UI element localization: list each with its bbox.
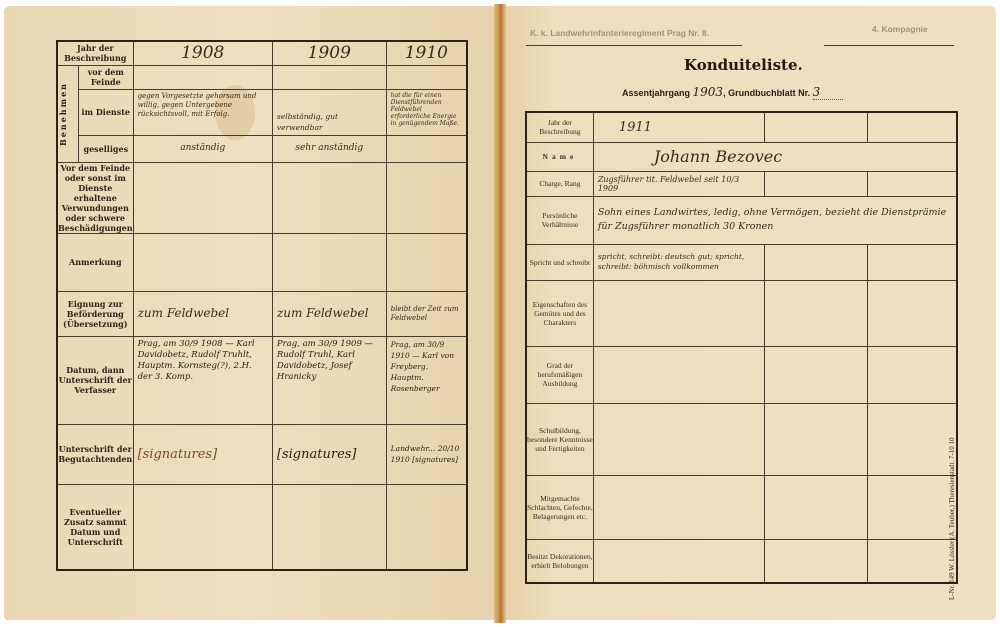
cell — [386, 65, 467, 89]
cell — [272, 162, 386, 233]
left-conduct-table: Jahr der Beschreibung 1908 1909 1910 Ben… — [56, 40, 468, 571]
cell — [593, 346, 764, 403]
row-label-anmerkung: Anmerkung — [57, 233, 133, 291]
cell: zum Feldwebel — [272, 291, 386, 336]
year-1908: 1908 — [133, 41, 272, 65]
empty-cell — [765, 280, 868, 346]
cell: anständig — [133, 135, 272, 162]
cell — [593, 280, 764, 346]
book-spine — [494, 4, 506, 623]
year-header-label: Jahr der Beschreibung — [57, 41, 133, 65]
row-label-im-dienste: im Dienste — [79, 89, 134, 135]
row-label-schlachten: Mitgemachte Schlachten, Gefechte, Belage… — [526, 475, 593, 539]
assentjahrgang-label: Assentjahrgang — [622, 88, 690, 98]
empty-cell — [868, 280, 957, 346]
document-title: Konduiteliste. — [684, 56, 803, 74]
cell: Prag, am 30/9 1908 — Karl Davidobetz, Ru… — [133, 336, 272, 424]
row-label-ausbildung: Grad der berufsmäßigen Ausbildung — [526, 346, 593, 403]
row-label-name: Name — [526, 142, 593, 171]
cell: bleibt der Zeit zum Feldwebel — [386, 291, 467, 336]
year-1911: 1911 — [593, 112, 764, 142]
benehmen-label: Benehmen — [58, 82, 68, 146]
year-1909: 1909 — [272, 41, 386, 65]
row-label-geselliges: geselliges — [79, 135, 134, 162]
cell — [386, 233, 467, 291]
empty-cell — [765, 403, 868, 475]
row-label-dekorationen: Besitzt Dekorationen, erhielt Belobungen — [526, 539, 593, 583]
row-label-vor-dem-feinde: vor dem Feinde — [79, 65, 134, 89]
row-label-eignung: Eignung zur Beförderung (Übersetzung) — [57, 291, 133, 336]
cell — [272, 484, 386, 570]
cell — [133, 162, 272, 233]
stamp-underline-left — [526, 45, 742, 46]
empty-cell — [868, 475, 957, 539]
cell: hat die für einen Dienstführenden Feldwe… — [386, 89, 467, 135]
cell — [133, 484, 272, 570]
cell: selbständig, gut verwendbar — [272, 89, 386, 135]
cell: Landwehr... 20/10 1910 [signatures] — [386, 424, 467, 484]
printer-imprint: L-Nr. 149 W. Lössler (A. Teuber,) Theres… — [948, 400, 956, 600]
row-label-jahr: Jahr der Beschreibung — [526, 112, 593, 142]
row-label-verwundungen: Vor dem Feinde oder sonst im Dienste erh… — [57, 162, 133, 233]
cell — [593, 475, 764, 539]
cell: zum Feldwebel — [133, 291, 272, 336]
empty-cell — [765, 539, 868, 583]
cell: [signatures] — [133, 424, 272, 484]
empty-cell — [868, 539, 957, 583]
empty-cell — [765, 475, 868, 539]
cell — [386, 162, 467, 233]
cell: gegen Vorgesetzte gehorsam und willig, g… — [133, 89, 272, 135]
assentjahrgang-value: 1903 — [693, 85, 724, 99]
languages-value: spricht, schreibt: deutsch gut; spricht,… — [593, 244, 764, 280]
right-conduct-table: Jahr der Beschreibung 1911 Name Johann B… — [525, 111, 958, 584]
cell — [386, 484, 467, 570]
row-label-begutachtenden: Unterschrift der Begutachtenden — [57, 424, 133, 484]
empty-cell — [868, 346, 957, 403]
empty-cell — [765, 244, 868, 280]
cell — [386, 135, 467, 162]
row-label-zusatz: Eventueller Zusatz sammt Datum und Unter… — [57, 484, 133, 570]
empty-cell — [765, 346, 868, 403]
stamp-underline-right — [824, 45, 954, 46]
row-label-verhaeltnisse: Persönliche Verhältnisse — [526, 196, 593, 244]
cell: sehr anständig — [272, 135, 386, 162]
row-label-charge: Charge, Rang — [526, 171, 593, 196]
company-stamp: 4. Kompagnie — [872, 24, 928, 34]
cell — [133, 233, 272, 291]
row-label-datum-verfasser: Datum, dann Unterschrift der Verfasser — [57, 336, 133, 424]
personal-circumstances-value: Sohn eines Landwirtes, ledig, ohne Vermö… — [593, 196, 957, 244]
empty-cell — [868, 403, 957, 475]
regiment-stamp: K. k. Landwehrinfanterieregiment Prag Nr… — [530, 28, 709, 38]
empty-cell — [868, 244, 957, 280]
cell — [272, 233, 386, 291]
charge-value: Zugsführer tit. Feldwebel seit 10/3 1909 — [593, 171, 764, 196]
cell — [133, 65, 272, 89]
cell: Prag, am 30/9 1909 — Rudolf Truhl, Karl … — [272, 336, 386, 424]
cell — [593, 539, 764, 583]
cell — [593, 403, 764, 475]
empty-cell — [868, 171, 957, 196]
soldier-name: Johann Bezovec — [593, 142, 957, 171]
assentjahrgang-line: Assentjahrgang 1903, Grundbuchblatt Nr. … — [622, 85, 843, 100]
empty-cell — [765, 171, 868, 196]
row-label-sprachen: Spricht und schreibt — [526, 244, 593, 280]
cell — [272, 65, 386, 89]
benehmen-group: Benehmen — [57, 65, 79, 162]
cell: [signatures] — [272, 424, 386, 484]
empty-cell — [868, 112, 957, 142]
empty-cell — [765, 112, 868, 142]
row-label-schulbildung: Schulbildung, besondere Kenntnisse und F… — [526, 403, 593, 475]
grundbuchblatt-value: 3 — [813, 85, 843, 100]
grundbuchblatt-label: Grundbuchblatt Nr. — [728, 88, 810, 98]
row-label-charakter: Eigenschaften des Gemütes und des Charak… — [526, 280, 593, 346]
year-1910: 1910 — [386, 41, 467, 65]
cell: Prag, am 30/9 1910 — Karl von Freyberg, … — [386, 336, 467, 424]
